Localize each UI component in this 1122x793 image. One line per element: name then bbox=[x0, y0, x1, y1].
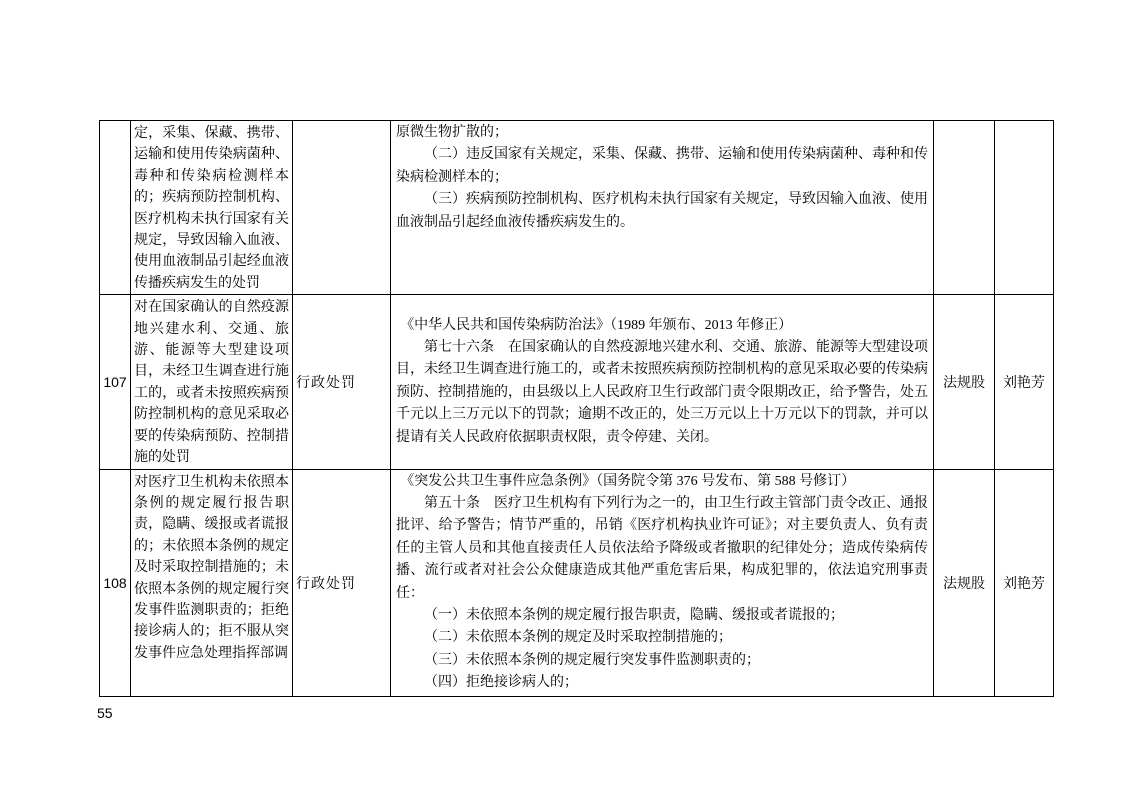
department-cell: 法规股 bbox=[934, 469, 995, 696]
legal-list-item: （二）未依照本条例的规定及时采取控制措施的； bbox=[396, 627, 928, 649]
department-cell bbox=[934, 121, 995, 295]
legal-citation: 《突发公共卫生事件应急条例》（国务院令第 376 号发布、第 588 号修订） bbox=[396, 471, 928, 493]
violation-text: 对医疗卫生机构未依照本条例的规定履行报告职责，隐瞒、缓报或者谎报的；未依照本条例… bbox=[134, 472, 289, 665]
reviewer-cell: 刘艳芳 bbox=[995, 469, 1054, 696]
table-row-107: 107 对在国家确认的自然疫源地兴建水利、交通、旅游、能源等大型建设项目，未经卫… bbox=[100, 295, 1054, 469]
row-id-cell: 108 bbox=[100, 469, 131, 696]
row-id-cell bbox=[100, 121, 131, 295]
legal-paragraph: （三）疾病预防控制机构、医疗机构未执行国家有关规定，导致因输入血液、使用血液制品… bbox=[396, 189, 928, 234]
legal-paragraph: 第七十六条 在国家确认的自然疫源地兴建水利、交通、旅游、能源等大型建设项目，未经… bbox=[396, 337, 928, 449]
violation-cell: 对医疗卫生机构未依照本条例的规定履行报告职责，隐瞒、缓报或者谎报的；未依照本条例… bbox=[131, 469, 293, 696]
legal-list-item: （四）拒绝接诊病人的； bbox=[396, 672, 928, 694]
legal-basis-cell: 《中华人民共和国传染病防治法》（1989 年颁布、2013 年修正） 第七十六条… bbox=[391, 295, 934, 469]
reviewer-cell: 刘艳芳 bbox=[995, 295, 1054, 469]
legal-paragraph: 原微生物扩散的； bbox=[396, 122, 928, 144]
department-cell: 法规股 bbox=[934, 295, 995, 469]
legal-paragraph: （二）违反国家有关规定，采集、保藏、携带、运输和使用传染病菌种、毒种和传染病检测… bbox=[396, 144, 928, 189]
legal-list-item: （一）未依照本条例的规定履行报告职责，隐瞒、缓报或者谎报的； bbox=[396, 605, 928, 627]
violation-text: 定，采集、保藏、携带、运输和使用传染病菌种、毒种和传染病检测样本的；疾病预防控制… bbox=[134, 123, 289, 294]
row-id-cell: 107 bbox=[100, 295, 131, 469]
legal-paragraph: 第五十条 医疗卫生机构有下列行为之一的，由卫生行政主管部门责令改正、通报批评、给… bbox=[396, 493, 928, 605]
violation-cell: 对在国家确认的自然疫源地兴建水利、交通、旅游、能源等大型建设项目，未经卫生调查进… bbox=[131, 295, 293, 469]
penalty-type-cell bbox=[293, 121, 391, 295]
violation-text: 对在国家确认的自然疫源地兴建水利、交通、旅游、能源等大型建设项目，未经卫生调查进… bbox=[134, 297, 289, 468]
penalty-type-cell: 行政处罚 bbox=[293, 295, 391, 469]
page-number: 55 bbox=[97, 705, 113, 721]
legal-list-item: （三）未依照本条例的规定履行突发事件监测职责的； bbox=[396, 650, 928, 672]
legal-citation: 《中华人民共和国传染病防治法》（1989 年颁布、2013 年修正） bbox=[396, 315, 928, 337]
violation-cell: 定，采集、保藏、携带、运输和使用传染病菌种、毒种和传染病检测样本的；疾病预防控制… bbox=[131, 121, 293, 295]
document-page: 定，采集、保藏、携带、运输和使用传染病菌种、毒种和传染病检测样本的；疾病预防控制… bbox=[0, 0, 1122, 793]
table-row-108: 108 对医疗卫生机构未依照本条例的规定履行报告职责，隐瞒、缓报或者谎报的；未依… bbox=[100, 469, 1054, 696]
table-row-continuation: 定，采集、保藏、携带、运输和使用传染病菌种、毒种和传染病检测样本的；疾病预防控制… bbox=[100, 121, 1054, 295]
legal-basis-cell: 原微生物扩散的； （二）违反国家有关规定，采集、保藏、携带、运输和使用传染病菌种… bbox=[391, 121, 934, 295]
penalty-table: 定，采集、保藏、携带、运输和使用传染病菌种、毒种和传染病检测样本的；疾病预防控制… bbox=[99, 120, 1054, 697]
legal-basis-cell: 《突发公共卫生事件应急条例》（国务院令第 376 号发布、第 588 号修订） … bbox=[391, 469, 934, 696]
penalty-type-cell: 行政处罚 bbox=[293, 469, 391, 696]
reviewer-cell bbox=[995, 121, 1054, 295]
